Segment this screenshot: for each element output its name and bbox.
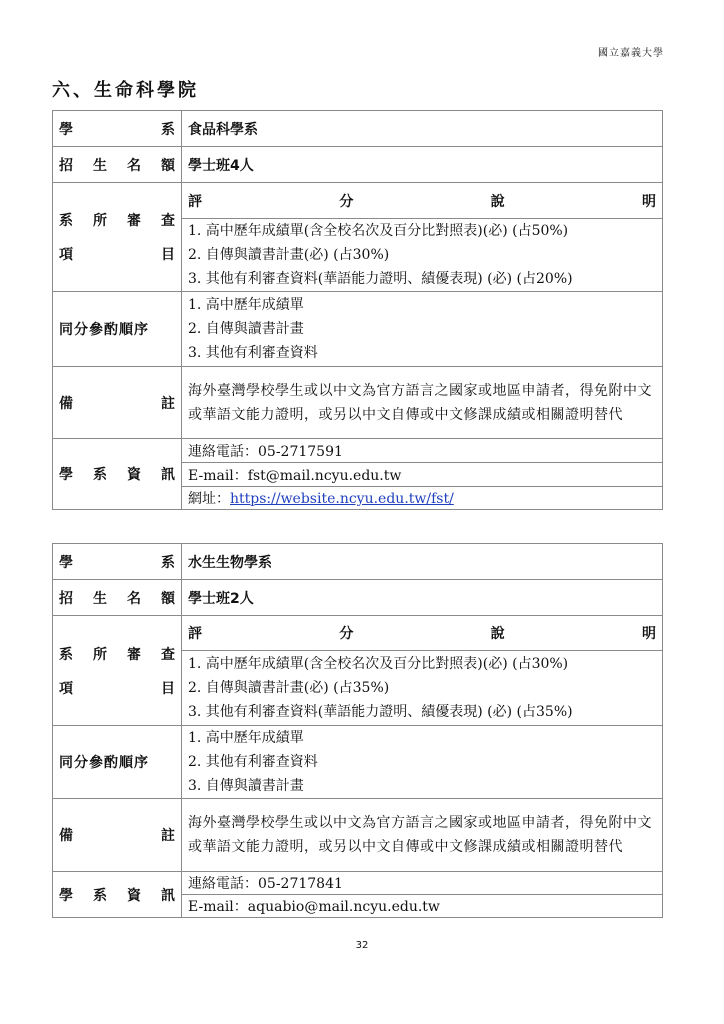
label-char: 系 (161, 119, 175, 139)
label-char: 資 (127, 885, 141, 905)
label-char: 註 (161, 393, 175, 413)
label-char: 名 (127, 155, 141, 175)
label-char: 註 (161, 825, 175, 845)
label-quota: 招生名額 (53, 580, 182, 616)
label-char: 名 (127, 588, 141, 608)
row-scoring-header: 系所審查 項目 評分說明 (53, 616, 663, 651)
label-char: 系 (93, 885, 107, 905)
website-label: 網址： (188, 491, 230, 507)
review-item: 3. 其他有利審查資料(華語能力證明、績優表現) (必) (占35%) (188, 700, 656, 724)
label-char: 備 (59, 825, 73, 845)
label-char: 資 (127, 464, 141, 484)
label-char: 生 (93, 155, 107, 175)
row-department: 學系 食品科學系 (53, 111, 663, 147)
review-item: 2. 自傳與讀書計畫(必) (占30%) (188, 243, 656, 267)
label-remarks: 備註 (53, 799, 182, 872)
remarks-text: 海外臺灣學校學生或以中文為官方語言之國家或地區申請者，得免附中文或華語文能力證明… (182, 367, 663, 439)
label-char: 額 (161, 155, 175, 175)
header-char: 評 (188, 623, 202, 643)
quota-value: 學士班2人 (182, 580, 663, 616)
label-char: 所 (93, 210, 107, 230)
tie-breaker-item: 3. 其他有利審查資料 (188, 341, 656, 365)
tie-breaker-item: 2. 其他有利審查資料 (188, 750, 656, 774)
tie-breaker-list: 1. 高中歷年成績單 2. 其他有利審查資料 3. 自傳與讀書計畫 (182, 726, 663, 799)
label-char: 訊 (161, 885, 175, 905)
label-char: 額 (161, 588, 175, 608)
row-tie-breaker: 同分參酌順序 1. 高中歷年成績單 2. 自傳與讀書計畫 3. 其他有利審查資料 (53, 292, 663, 367)
tie-breaker-item: 2. 自傳與讀書計畫 (188, 317, 656, 341)
row-tie-breaker: 同分參酌順序 1. 高中歷年成績單 2. 其他有利審查資料 3. 自傳與讀書計畫 (53, 726, 663, 799)
label-review-items: 系所審查 項目 (53, 183, 182, 292)
label-department: 學系 (53, 111, 182, 147)
scoring-header: 評分說明 (182, 183, 663, 219)
label-char: 學 (59, 119, 73, 139)
scoring-header: 評分說明 (182, 616, 663, 651)
label-char: 生 (93, 588, 107, 608)
label-char: 學 (59, 885, 73, 905)
contact-website: 網址：https://website.ncyu.edu.tw/fst/ (182, 487, 663, 510)
label-char: 學 (59, 464, 73, 484)
label-char: 查 (161, 210, 175, 230)
label-char: 招 (59, 588, 73, 608)
label-char: 項 (59, 244, 73, 264)
row-scoring-header: 系所審查 項目 評分說明 (53, 183, 663, 219)
label-char: 訊 (161, 464, 175, 484)
label-contact: 學系資訊 (53, 439, 182, 510)
row-quota: 招生名額 學士班2人 (53, 580, 663, 616)
row-department: 學系 水生生物學系 (53, 544, 663, 580)
label-char: 所 (93, 644, 107, 664)
label-char: 招 (59, 155, 73, 175)
tie-breaker-item: 1. 高中歷年成績單 (188, 293, 656, 317)
label-review-items: 系所審查 項目 (53, 616, 182, 726)
contact-phone: 連絡電話：05-2717591 (182, 439, 663, 463)
remarks-text: 海外臺灣學校學生或以中文為官方語言之國家或地區申請者，得免附中文或華語文能力證明… (182, 799, 663, 872)
header-char: 明 (642, 191, 656, 211)
label-char: 備 (59, 393, 73, 413)
label-remarks: 備註 (53, 367, 182, 439)
label-quota: 招生名額 (53, 147, 182, 183)
tie-breaker-list: 1. 高中歷年成績單 2. 自傳與讀書計畫 3. 其他有利審查資料 (182, 292, 663, 367)
contact-phone: 連絡電話：05-2717841 (182, 872, 663, 895)
department-table-food-science: 學系 食品科學系 招生名額 學士班4人 系所審查 項目 評分說明 1. 高中歷年… (52, 110, 663, 510)
label-char: 審 (127, 210, 141, 230)
department-table-aquatic-biosciences: 學系 水生生物學系 招生名額 學士班2人 系所審查 項目 評分說明 1. 高中歷… (52, 543, 663, 918)
review-items-list: 1. 高中歷年成績單(含全校名次及百分比對照表)(必) (占30%) 2. 自傳… (182, 651, 663, 726)
header-char: 評 (188, 191, 202, 211)
label-tie-breaker: 同分參酌順序 (53, 726, 182, 799)
tie-breaker-item: 3. 自傳與讀書計畫 (188, 774, 656, 798)
row-remarks: 備註 海外臺灣學校學生或以中文為官方語言之國家或地區申請者，得免附中文或華語文能… (53, 799, 663, 872)
quota-value: 學士班4人 (182, 147, 663, 183)
label-char: 系 (59, 644, 73, 664)
tie-breaker-item: 1. 高中歷年成績單 (188, 726, 656, 750)
header-char: 分 (339, 623, 353, 643)
row-quota: 招生名額 學士班4人 (53, 147, 663, 183)
header-char: 明 (642, 623, 656, 643)
row-contact-phone: 學系資訊 連絡電話：05-2717841 (53, 872, 663, 895)
row-remarks: 備註 海外臺灣學校學生或以中文為官方語言之國家或地區申請者，得免附中文或華語文能… (53, 367, 663, 439)
review-item: 3. 其他有利審查資料(華語能力證明、績優表現) (必) (占20%) (188, 267, 656, 291)
label-char: 系 (59, 210, 73, 230)
review-item: 1. 高中歷年成績單(含全校名次及百分比對照表)(必) (占30%) (188, 652, 656, 676)
header-char: 說 (491, 623, 505, 643)
department-name: 食品科學系 (182, 111, 663, 147)
label-char: 系 (161, 552, 175, 572)
label-department: 學系 (53, 544, 182, 580)
section-title: 六、生命科學院 (52, 76, 199, 102)
row-contact-phone: 學系資訊 連絡電話：05-2717591 (53, 439, 663, 463)
website-link[interactable]: https://website.ncyu.edu.tw/fst/ (230, 491, 454, 507)
contact-email: E-mail：fst@mail.ncyu.edu.tw (182, 463, 663, 487)
label-char: 查 (161, 644, 175, 664)
department-name: 水生生物學系 (182, 544, 663, 580)
label-char: 學 (59, 552, 73, 572)
university-header: 國立嘉義大學 (598, 44, 664, 59)
label-char: 目 (161, 678, 175, 698)
review-item: 1. 高中歷年成績單(含全校名次及百分比對照表)(必) (占50%) (188, 219, 656, 243)
review-item: 2. 自傳與讀書計畫(必) (占35%) (188, 676, 656, 700)
contact-email: E-mail：aquabio@mail.ncyu.edu.tw (182, 895, 663, 918)
label-tie-breaker: 同分參酌順序 (53, 292, 182, 367)
review-items-list: 1. 高中歷年成績單(含全校名次及百分比對照表)(必) (占50%) 2. 自傳… (182, 219, 663, 292)
label-char: 審 (127, 644, 141, 664)
page-number: 32 (0, 940, 724, 951)
header-char: 說 (491, 191, 505, 211)
label-char: 項 (59, 678, 73, 698)
label-char: 目 (161, 244, 175, 264)
label-char: 系 (93, 464, 107, 484)
header-char: 分 (339, 191, 353, 211)
label-contact: 學系資訊 (53, 872, 182, 918)
